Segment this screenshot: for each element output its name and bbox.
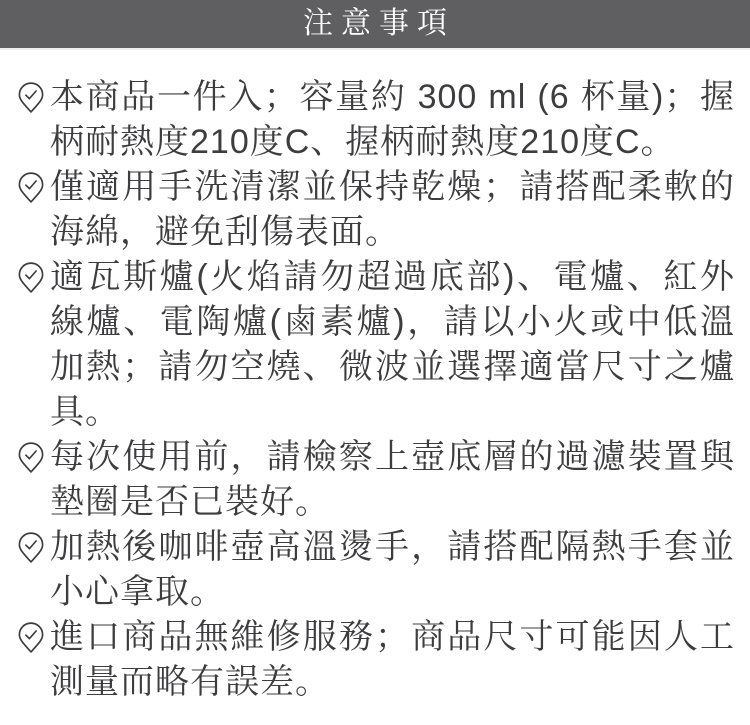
notice-item: 進口商品無維修服務；商品尺寸可能因人工測量而略有誤差。: [18, 615, 735, 705]
notice-item: 每次使用前，請檢察上壺底層的過濾裝置與墊圈是否已裝好。: [18, 435, 735, 525]
check-pin-icon: [18, 261, 44, 294]
notice-title: 注意事項: [295, 9, 455, 39]
notice-item: 本商品一件入；容量約 300 ml (6 杯量)；握柄耐熱度210度C、握柄耐熱…: [18, 75, 735, 165]
notice-panel: 注意事項 本商品一件入；容量約 300 ml (6 杯量)；握柄耐熱度210度C…: [0, 0, 750, 725]
notice-text: 每次使用前，請檢察上壺底層的過濾裝置與墊圈是否已裝好。: [50, 435, 735, 525]
notice-header: 注意事項: [0, 0, 750, 48]
check-pin-icon: [18, 171, 44, 204]
notice-text: 本商品一件入；容量約 300 ml (6 杯量)；握柄耐熱度210度C、握柄耐熱…: [50, 75, 735, 165]
notice-list: 本商品一件入；容量約 300 ml (6 杯量)；握柄耐熱度210度C、握柄耐熱…: [0, 48, 750, 705]
notice-text: 進口商品無維修服務；商品尺寸可能因人工測量而略有誤差。: [50, 615, 735, 705]
notice-text: 適瓦斯爐(火焰請勿超過底部)、電爐、紅外線爐、電陶爐(鹵素爐)，請以小火或中低溫…: [50, 255, 735, 435]
notice-item: 僅適用手洗清潔並保持乾燥；請搭配柔軟的海綿，避免刮傷表面。: [18, 165, 735, 255]
notice-item: 適瓦斯爐(火焰請勿超過底部)、電爐、紅外線爐、電陶爐(鹵素爐)，請以小火或中低溫…: [18, 255, 735, 435]
notice-item: 加熱後咖啡壺高溫燙手，請搭配隔熱手套並小心拿取。: [18, 525, 735, 615]
check-pin-icon: [18, 441, 44, 474]
check-pin-icon: [18, 621, 44, 654]
check-pin-icon: [18, 531, 44, 564]
notice-text: 僅適用手洗清潔並保持乾燥；請搭配柔軟的海綿，避免刮傷表面。: [50, 165, 735, 255]
check-pin-icon: [18, 81, 44, 114]
notice-text: 加熱後咖啡壺高溫燙手，請搭配隔熱手套並小心拿取。: [50, 525, 735, 615]
